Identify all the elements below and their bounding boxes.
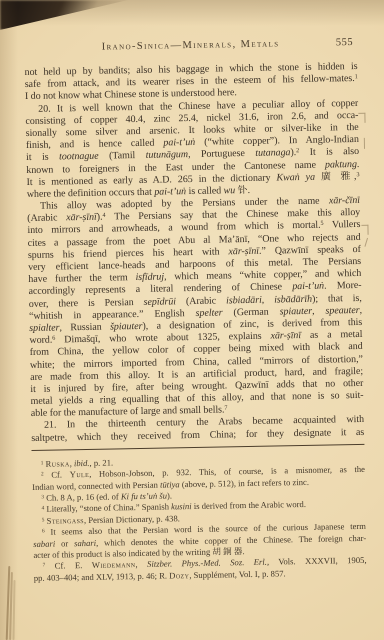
page-content: Irano-Sinica—Minerals, Metals 555 not he…	[24, 37, 367, 584]
page-left-shade	[0, 0, 18, 640]
body-text: not held up by bandits; also his baggage…	[24, 61, 364, 445]
page-number: 555	[336, 37, 353, 48]
footnotes: 1 Ruska, ibid., p. 21.2 Cf. Yule, Hobson…	[32, 453, 367, 584]
footnote-rule	[31, 444, 364, 451]
